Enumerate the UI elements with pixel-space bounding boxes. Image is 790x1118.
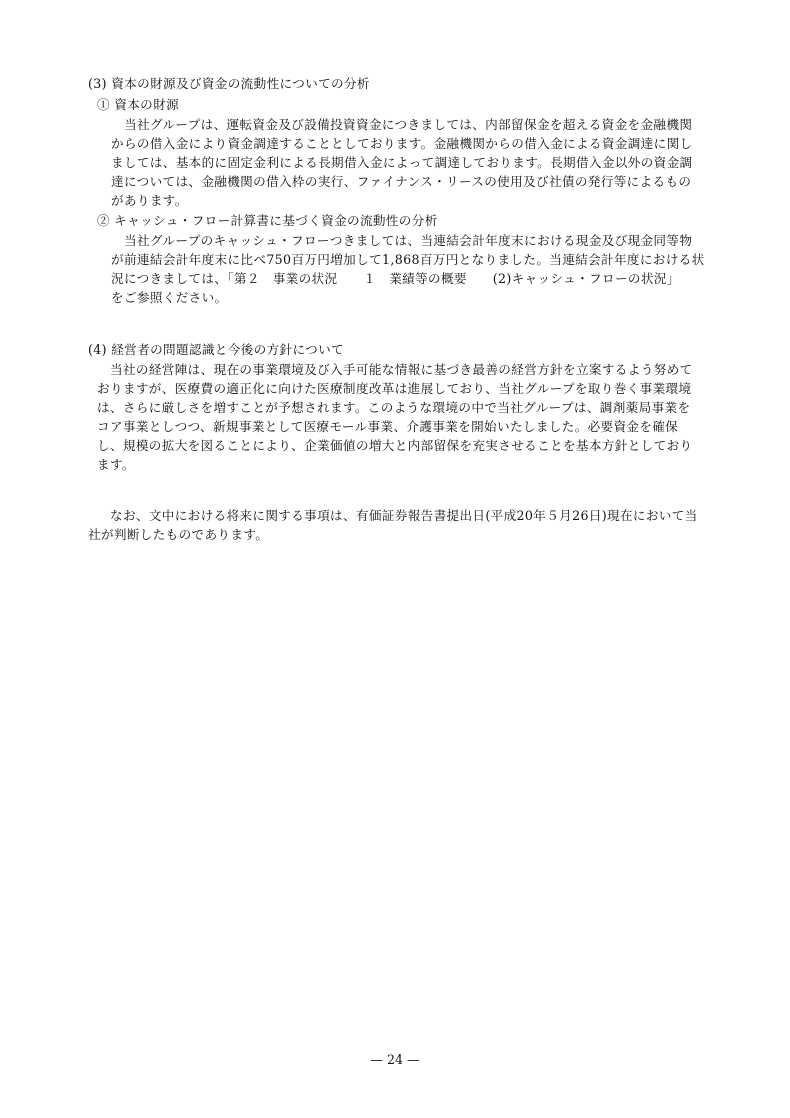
document-page: (3) 資本の財源及び資金の流動性についての分析 ① 資本の財源 当社グループは… <box>0 0 790 1118</box>
section-4-paragraph-line: おりますが、医療費の適正化に向けた医療制度改革は進展しており、当社グループを取り… <box>97 379 691 398</box>
section-3-1-paragraph-line: ましては、基本的に固定金利による長期借入金によって調達しております。長期借入金以… <box>111 153 692 172</box>
section-4-paragraph-line: は、さらに厳しさを増すことが予想されます。このような環境の中で当社グループは、調… <box>97 398 690 417</box>
section-3-2-paragraph-line: 況につきましては、「第２ 事業の状況 １ 業績等の概要 (2)キャッシュ・フロー… <box>111 269 680 288</box>
section-4-heading: (4) 経営者の問題認識と今後の方針について <box>88 340 344 359</box>
note-paragraph-line: 社が判断したものであります。 <box>88 525 268 544</box>
section-3-2-paragraph-line: が前連結会計年度末に比べ750百万円増加して1,868百万円となりました。当連結… <box>111 250 705 269</box>
section-4-paragraph-line: コア事業としつつ、新規事業として医療モール事業、介護事業を開始いたしました。必要… <box>97 417 678 436</box>
section-3-2-paragraph-line: 当社グループのキャッシュ・フローつきましては、当連結会計年度末における現金及び現… <box>124 231 692 250</box>
section-4-paragraph-line: ます。 <box>97 455 135 474</box>
note-paragraph-line: なお、文中における将来に関する事項は、有価証券報告書提出日(平成20年５月26日… <box>110 506 698 525</box>
section-4-paragraph-line: 当社の経営陣は、現在の事業環境及び入手可能な情報に基づき最善の経営方針を立案する… <box>110 360 692 379</box>
page-number: — 24 — <box>0 1050 790 1069</box>
section-3-1-paragraph-line: 達については、金融機関の借入枠の実行、ファイナンス・リースの使用及び社債の発行等… <box>111 172 691 191</box>
section-3-1-paragraph-line: からの借入金により資金調達することとしております。金融機関からの借入金による資金… <box>111 134 692 153</box>
section-3-1-paragraph-line: 当社グループは、運転資金及び設備投資資金につきましては、内部留保金を超える資金を… <box>124 115 692 134</box>
section-3-2-heading: ② キャッシュ・フロー計算書に基づく資金の流動性の分析 <box>97 211 438 230</box>
section-3-2-paragraph-line: をご参照ください。 <box>111 288 228 307</box>
section-4-paragraph-line: し、規模の拡大を図ることにより、企業価値の増大と内部留保を充実させることを基本方… <box>97 436 692 455</box>
section-3-heading: (3) 資本の財源及び資金の流動性についての分析 <box>88 74 370 93</box>
section-3-1-heading: ① 資本の財源 <box>97 95 179 114</box>
section-3-1-paragraph-line: があります。 <box>111 191 188 210</box>
